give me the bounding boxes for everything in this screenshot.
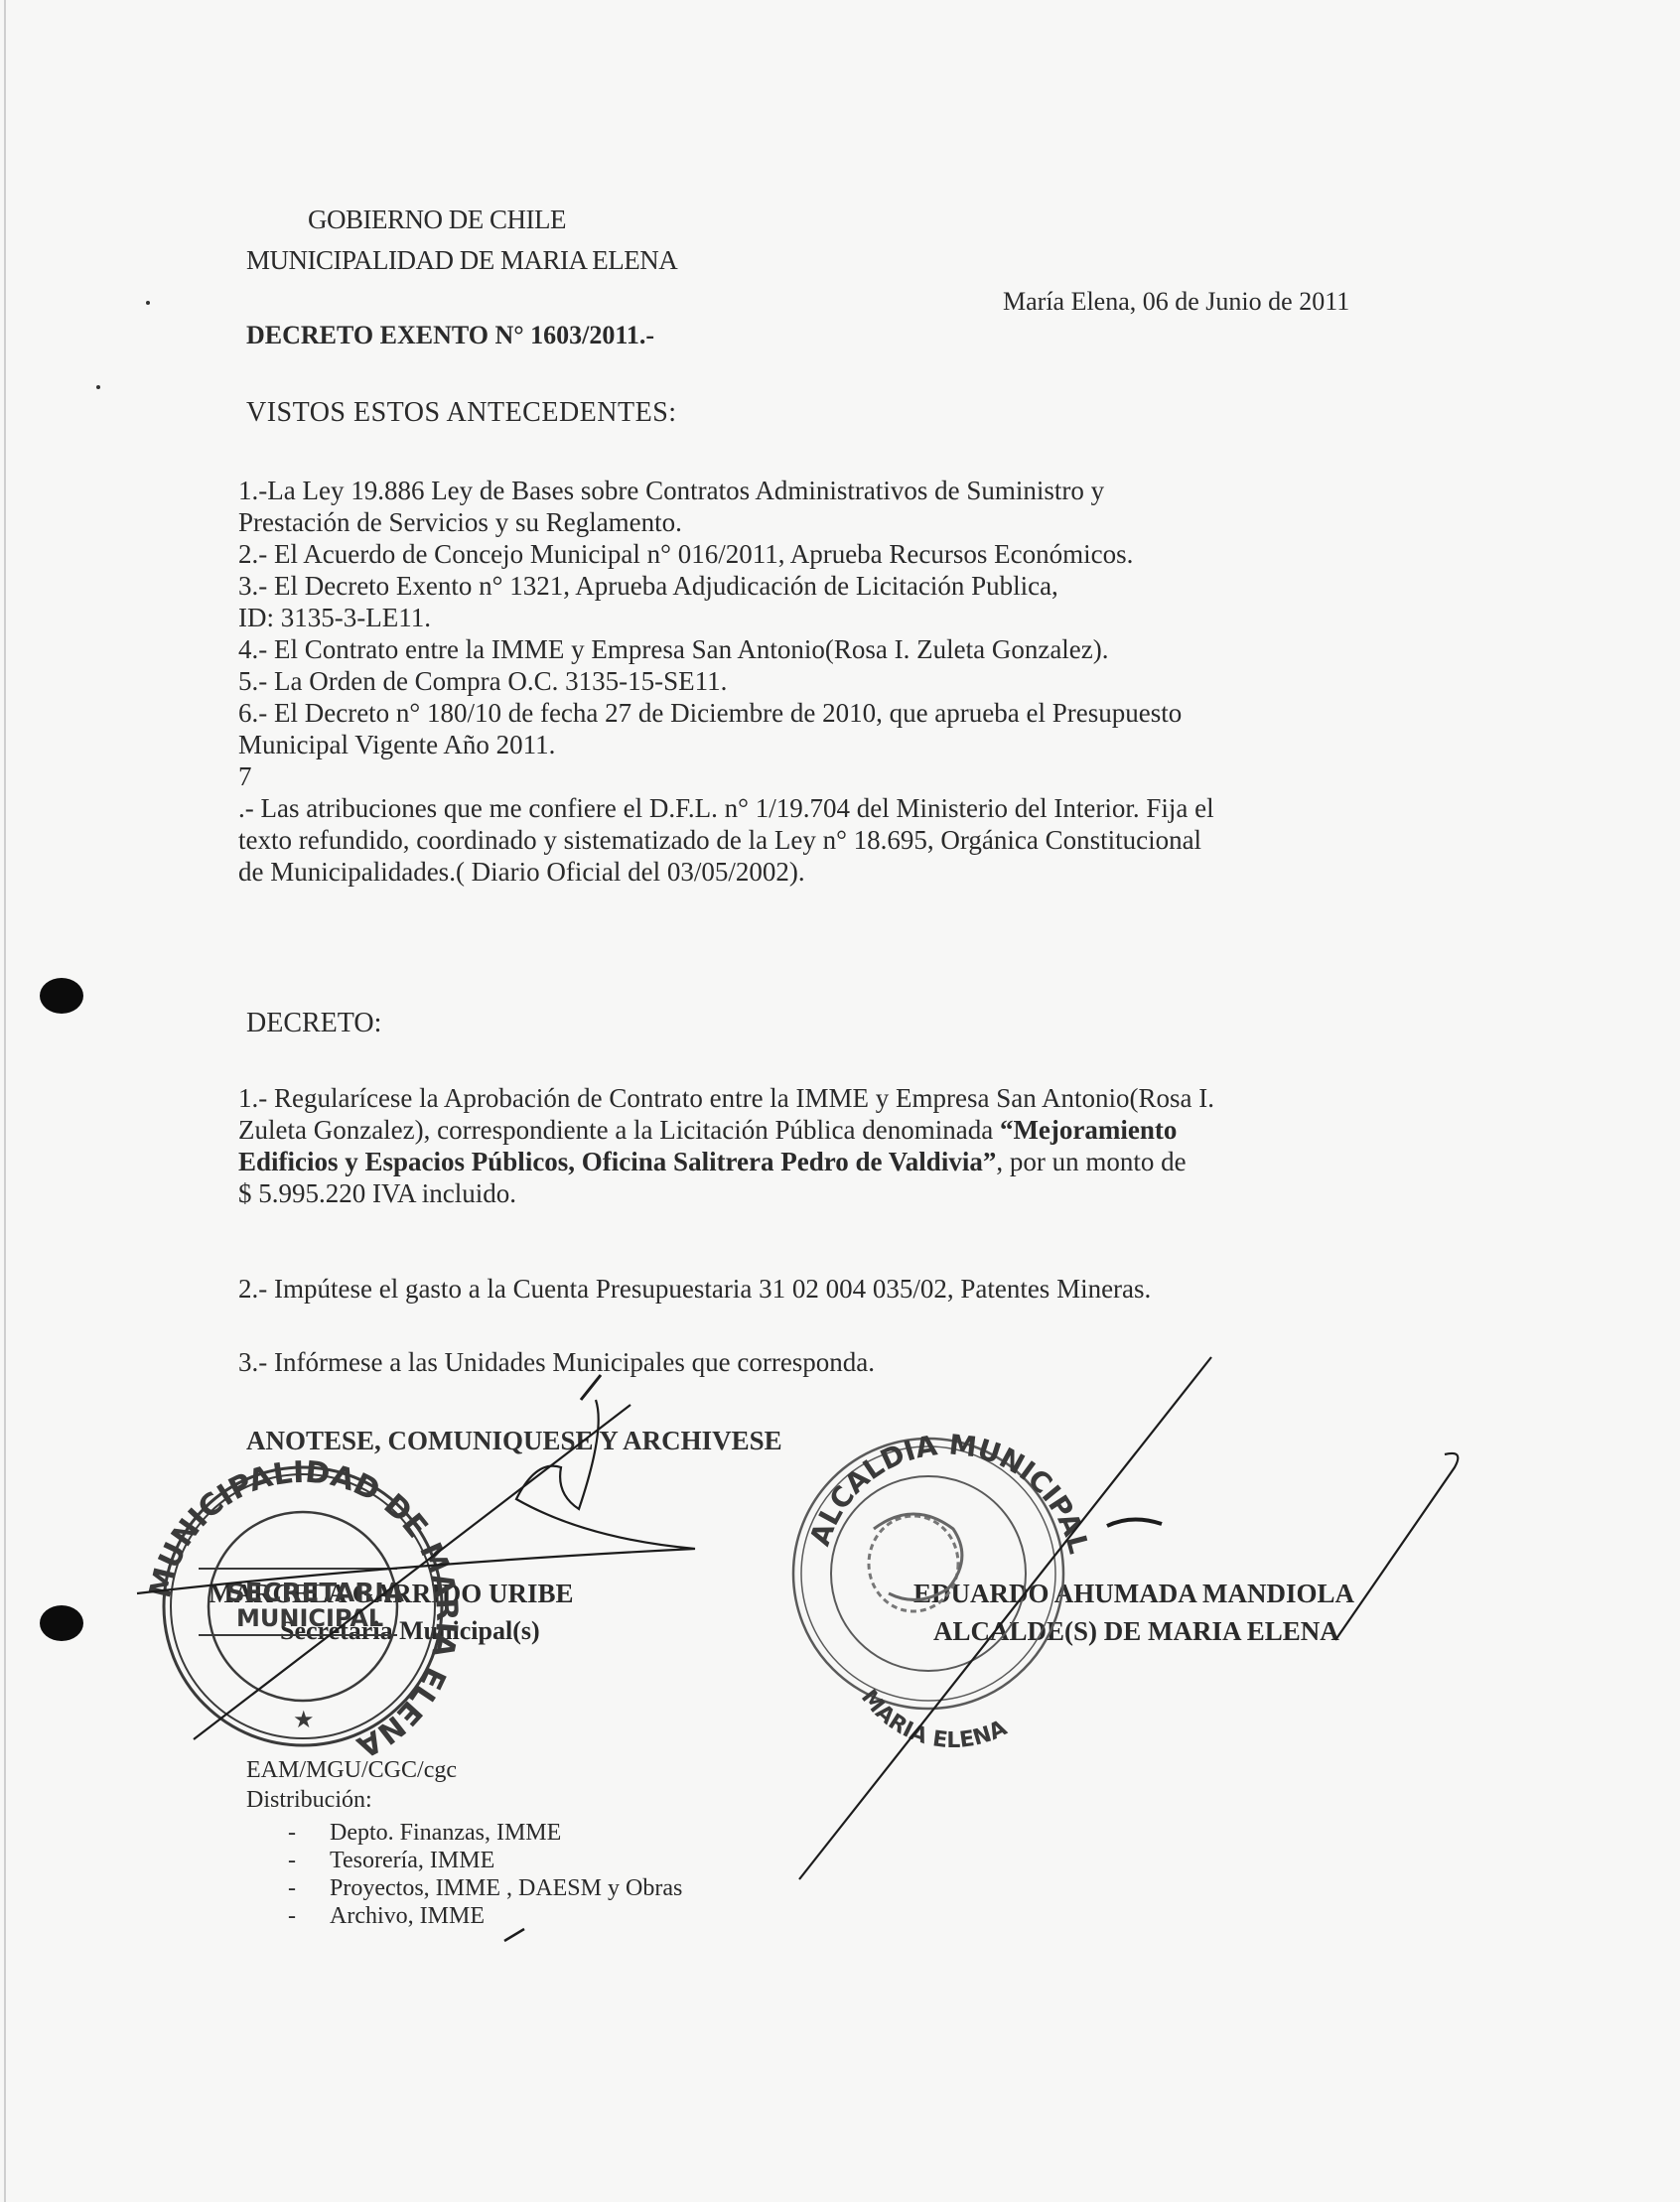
- vistos-item-1-line: Prestación de Servicios y su Reglamento.: [238, 506, 1214, 538]
- punch-hole-top: [40, 978, 83, 1014]
- stamp-ring-text: ALCALDIA MUNICIPAL: [803, 1428, 1095, 1557]
- vistos-item-7-line: texto refundido, coordinado y sistematiz…: [238, 824, 1214, 856]
- reference-initials: EAM/MGU/CGC/cgc: [246, 1757, 457, 1784]
- decreto-heading: DECRETO:: [246, 1008, 381, 1039]
- amount: $ 5.995.220 IVA incluido.: [238, 1177, 1214, 1209]
- decreto-item-1: 1.- Regularícese la Aprobación de Contra…: [238, 1082, 1214, 1209]
- stamp-ring-text: MARIA ELENA: [856, 1685, 1011, 1752]
- distribution-item-label: Tesorería, IMME: [330, 1848, 494, 1873]
- vistos-item-4-line: 4.- El Contrato entre la IMME y Empresa …: [238, 633, 1214, 665]
- distribution-item: -Archivo, IMME: [288, 1902, 682, 1930]
- project-name: “Mejoramiento: [1000, 1115, 1177, 1145]
- stamp-ring-text: MUNICIPALIDAD DE MARIA ELENA: [143, 1455, 464, 1765]
- decreto-item-1-line: 1.- Regularícese la Aprobación de Contra…: [238, 1082, 1214, 1114]
- vistos-item-3-line: 3.- El Decreto Exento n° 1321, Aprueba A…: [238, 570, 1214, 602]
- vistos-item-2-line: 2.- El Acuerdo de Concejo Municipal n° 0…: [238, 538, 1214, 570]
- distribution-item-label: Depto. Finanzas, IMME: [330, 1820, 561, 1846]
- vistos-item-3-line: ID: 3135-3-LE11.: [238, 602, 1214, 633]
- government-label: GOBIERNO DE CHILE: [308, 205, 566, 235]
- distribution-item: -Tesorería, IMME: [288, 1847, 682, 1874]
- vistos-item-6-line: 6.- El Decreto n° 180/10 de fecha 27 de …: [238, 697, 1214, 729]
- vistos-list: 1.-La Ley 19.886 Ley de Bases sobre Cont…: [238, 475, 1214, 888]
- distribution-item: -Proyectos, IMME , DAESM y Obras: [288, 1874, 682, 1902]
- signer-right-title: ALCALDE(S) DE MARIA ELENA: [933, 1616, 1339, 1647]
- closing-formula: ANOTESE, COMUNIQUESE Y ARCHIVESE: [246, 1426, 782, 1456]
- vistos-item-7-line: 7: [238, 760, 1214, 792]
- distribution-item: -Depto. Finanzas, IMME: [288, 1819, 682, 1847]
- municipality-label: MUNICIPALIDAD DE MARIA ELENA: [246, 245, 677, 276]
- decreto-item-2: 2.- Impútese el gasto a la Cuenta Presup…: [238, 1273, 1151, 1305]
- distribution-item-label: Archivo, IMME: [330, 1903, 485, 1929]
- signer-left-name: MARCELA GARRIDO URIBE: [209, 1579, 574, 1609]
- bullet: -: [288, 1847, 330, 1874]
- distribution-label: Distribución:: [246, 1787, 372, 1814]
- decreto-item-1-line: Edificios y Espacios Públicos, Oficina S…: [238, 1146, 1214, 1177]
- scan-edge: [4, 0, 6, 2202]
- distribution-item-label: Proyectos, IMME , DAESM y Obras: [330, 1875, 682, 1901]
- punch-hole-bottom: [40, 1605, 83, 1641]
- decree-number: DECRETO EXENTO N° 1603/2011.-: [246, 320, 654, 351]
- vistos-item-7-line: .- Las atribuciones que me confiere el D…: [238, 792, 1214, 824]
- place-date: María Elena, 06 de Junio de 2011: [1003, 286, 1349, 318]
- text: Zuleta Gonzalez), correspondiente a la L…: [238, 1115, 1000, 1145]
- vistos-item-6-line: Municipal Vigente Año 2011.: [238, 729, 1214, 760]
- bullet: -: [288, 1902, 330, 1930]
- vistos-heading: VISTOS ESTOS ANTECEDENTES:: [246, 397, 677, 429]
- decreto-item-3: 3.- Infórmese a las Unidades Municipales…: [238, 1346, 875, 1378]
- alcaldia-stamp: [793, 1439, 1063, 1709]
- scan-speck: [96, 385, 100, 389]
- vistos-item-5-line: 5.- La Orden de Compra O.C. 3135-15-SE11…: [238, 665, 1214, 697]
- project-name: Edificios y Espacios Públicos, Oficina S…: [238, 1147, 996, 1176]
- scan-speck: [146, 301, 150, 305]
- signer-right-name: EDUARDO AHUMADA MANDIOLA: [913, 1579, 1354, 1609]
- bullet: -: [288, 1874, 330, 1902]
- vistos-item-7-line: de Municipalidades.( Diario Oficial del …: [238, 856, 1214, 888]
- text: , por un monto de: [996, 1147, 1186, 1176]
- bullet: -: [288, 1819, 330, 1847]
- vistos-item-1-line: 1.-La Ley 19.886 Ley de Bases sobre Cont…: [238, 475, 1214, 506]
- star-icon: ★: [293, 1706, 315, 1733]
- decreto-item-1-line: Zuleta Gonzalez), correspondiente a la L…: [238, 1114, 1214, 1146]
- signer-left-title: Secretaria Municipal(s): [280, 1616, 540, 1646]
- distribution-list: -Depto. Finanzas, IMME-Tesorería, IMME-P…: [288, 1819, 682, 1930]
